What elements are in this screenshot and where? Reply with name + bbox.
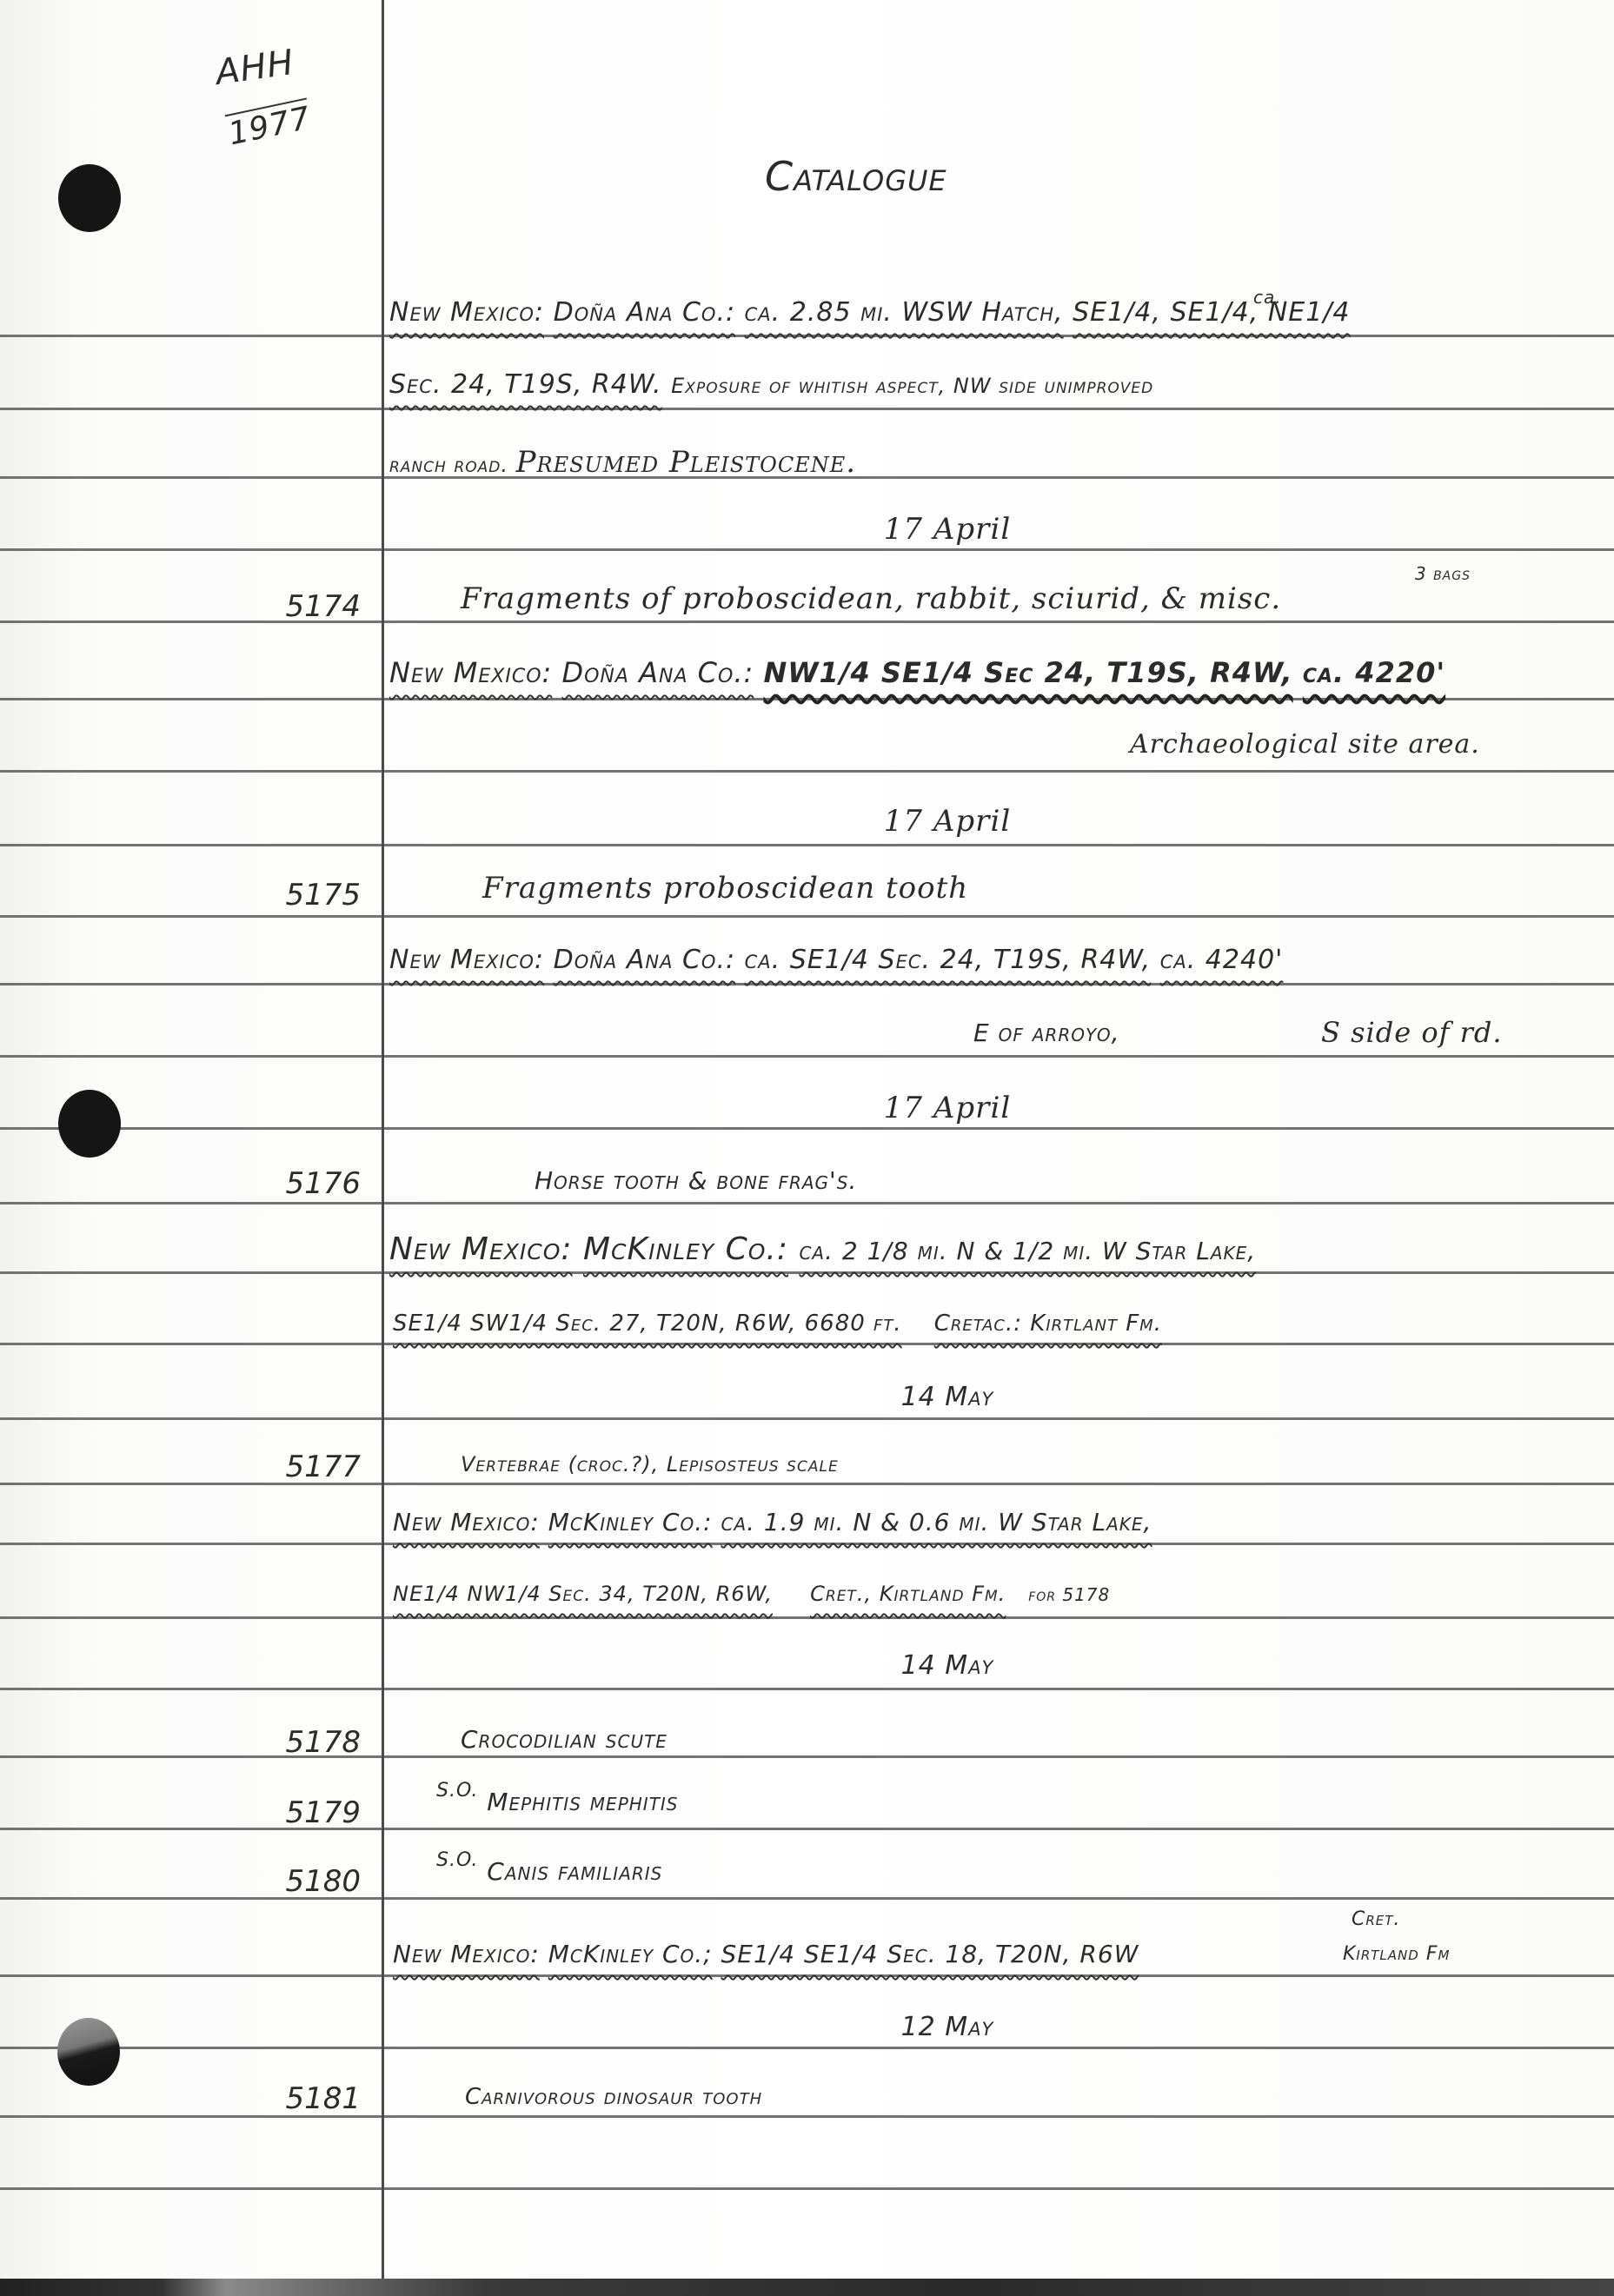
ruled-line [0,1483,1614,1485]
ruled-line [0,2115,1614,2118]
ruled-line [0,2187,1614,2190]
catalogue-number: 5176 [285,1166,361,1201]
locality-county: Doña Ana Co.: [554,297,736,328]
locality-elevation: ca. 4240' [1160,945,1284,975]
specimen-description: Mephitis mephitis [487,1788,678,1816]
locality-line: New Mexico: Doña Ana Co.: ca. SE1/4 Sec.… [389,947,1283,973]
catalogue-number: 5178 [285,1725,361,1760]
ruled-line [0,1616,1614,1619]
entry-date: 14 May [0,1384,1614,1410]
ruled-line [0,548,1614,551]
specimen-prefix: S.O. [436,1849,478,1871]
locality-county: McKinley Co.: [548,1508,713,1536]
ruled-line [0,2047,1614,2049]
catalogue-number: 5175 [285,878,361,912]
locality-elevation: ca. 4220' [1303,656,1445,689]
locality-quarter: SE1/4, SE1/4, NE1/4 [1073,297,1350,328]
ruled-line [0,698,1614,700]
catalogue-number: 5177 [285,1450,361,1484]
page-bottom-shadow [0,2279,1614,2296]
catalogue-number: 5180 [285,1864,361,1899]
locality-formation: Cret. [1352,1910,1400,1929]
ruled-line [0,1974,1614,1977]
specimen-line: S.O. Mephitis mephitis [436,1790,679,1815]
entry-date: 17 April [0,514,1614,544]
ruled-line [0,335,1614,337]
locality-remark: S side of rd. [1321,1019,1503,1046]
locality-state: New Mexico: [389,297,544,328]
entry-date: 14 May [0,1653,1614,1679]
locality-age: Presumed Pleistocene. [516,445,856,480]
locality-line: New Mexico: McKinley Co.: ca. 1.9 mi. N … [393,1510,1152,1535]
specimen-line: S.O. Canis familiaris [436,1860,662,1884]
catalogue-number: 5174 [285,589,361,624]
ruled-line [0,1688,1614,1690]
specimen-note: 3 bags [1415,565,1471,582]
page-title: Catalogue [765,156,947,196]
locality-section: ca. SE1/4 Sec. 24, T19S, R4W, [745,945,1152,975]
margin-line [382,0,384,2279]
locality-state: New Mexico: [389,1231,573,1267]
locality-county: McKinley Co.: [583,1231,788,1267]
ruled-line [0,915,1614,918]
locality-section: Sec. 24, T19S, R4W. [389,369,662,400]
catalogue-number: 5181 [285,2081,361,2116]
ruled-line [0,844,1614,846]
locality-section: SE1/4 SE1/4 Sec. 18, T20N, R6W [721,1940,1139,1968]
locality-description: Exposure of whitish aspect, NW side unim… [671,374,1153,398]
specimen-description: Carnivorous dinosaur tooth [465,2086,762,2108]
catalogue-number: 5179 [285,1795,361,1830]
ruled-line [0,1543,1614,1545]
specimen-description: Fragments of proboscidean, rabbit, sciur… [461,584,1281,614]
locality-cross-reference: for 5178 [1028,1584,1110,1605]
ruled-line [0,1271,1614,1274]
specimen-prefix: S.O. [436,1780,478,1802]
locality-state: New Mexico: [389,945,544,975]
locality-line: New Mexico: McKinley Co.; SE1/4 SE1/4 Se… [393,1942,1139,1967]
locality-line: ranch road. Presumed Pleistocene. [389,448,856,477]
locality-distance: ca. 2.85 mi. WSW Hatch, [745,297,1064,328]
locality-distance: ca. 1.9 mi. N & 0.6 mi. W Star Lake, [721,1508,1152,1536]
specimen-description: Horse tooth & bone frag's. [535,1169,857,1193]
locality-line: SE1/4 SW1/4 Sec. 27, T20N, R6W, 6680 ft.… [393,1312,1162,1335]
locality-remark: Archaeological site area. [1130,732,1480,758]
ruled-line [0,983,1614,985]
specimen-description: Vertebrae (croc.?), Lepisosteus scale [461,1454,839,1475]
locality-line: Sec. 24, T19S, R4W. Exposure of whitish … [389,372,1153,398]
corner-year: 1977 [225,98,314,151]
ruled-line [0,620,1614,623]
entry-date: 17 April [0,1093,1614,1123]
locality-formation: Cretac.: Kirtlant Fm. [934,1311,1162,1337]
locality-county: Doña Ana Co.: [561,656,754,689]
entry-date: 17 April [0,806,1614,836]
ruled-line [0,408,1614,410]
locality-section: SE1/4 SW1/4 Sec. 27, T20N, R6W, 6680 ft. [393,1311,902,1337]
entry-date: 12 May [0,2014,1614,2041]
ruled-line [0,770,1614,773]
locality-county: Doña Ana Co.: [554,945,736,975]
specimen-description: Fragments proboscidean tooth [482,873,968,903]
locality-remark: E of arroyo, [973,1021,1119,1045]
locality-county: McKinley Co.; [548,1940,713,1968]
locality-formation: Cret., Kirtland Fm. [810,1582,1006,1606]
ruled-line [0,1755,1614,1758]
specimen-description: Crocodilian scute [461,1728,668,1752]
specimen-description: Canis familiaris [487,1857,662,1886]
corner-initials: AHH [214,45,296,90]
locality-line: NE1/4 NW1/4 Sec. 34, T20N, R6W, Cret., K… [393,1583,1110,1604]
locality-line: New Mexico: Doña Ana Co.: ca. 2.85 mi. W… [389,300,1351,326]
notebook-page: AHH 1977 Catalogue ca. New Mexico: Doña … [0,0,1614,2296]
locality-line: New Mexico: Doña Ana Co.: NW1/4 SE1/4 Se… [389,659,1445,687]
locality-line: New Mexico: McKinley Co.: ca. 2 1/8 mi. … [389,1234,1256,1265]
ruled-line [0,1055,1614,1058]
ruled-line [0,1127,1614,1130]
locality-road: ranch road. [389,453,508,477]
ruled-line [0,1417,1614,1420]
locality-section: NW1/4 SE1/4 Sec 24, T19S, R4W, [763,656,1292,689]
ruled-line [0,1897,1614,1900]
ruled-line [0,1828,1614,1830]
locality-state: New Mexico: [389,656,552,689]
locality-formation: Kirtland Fm [1343,1945,1450,1964]
locality-section: NE1/4 NW1/4 Sec. 34, T20N, R6W, [393,1582,773,1606]
punch-hole-icon [58,164,121,232]
ruled-line [0,1343,1614,1345]
locality-distance: ca. 2 1/8 mi. N & 1/2 mi. W Star Lake, [799,1237,1256,1265]
ruled-line [0,1202,1614,1204]
locality-state: New Mexico: [393,1940,540,1968]
locality-state: New Mexico: [393,1508,540,1536]
